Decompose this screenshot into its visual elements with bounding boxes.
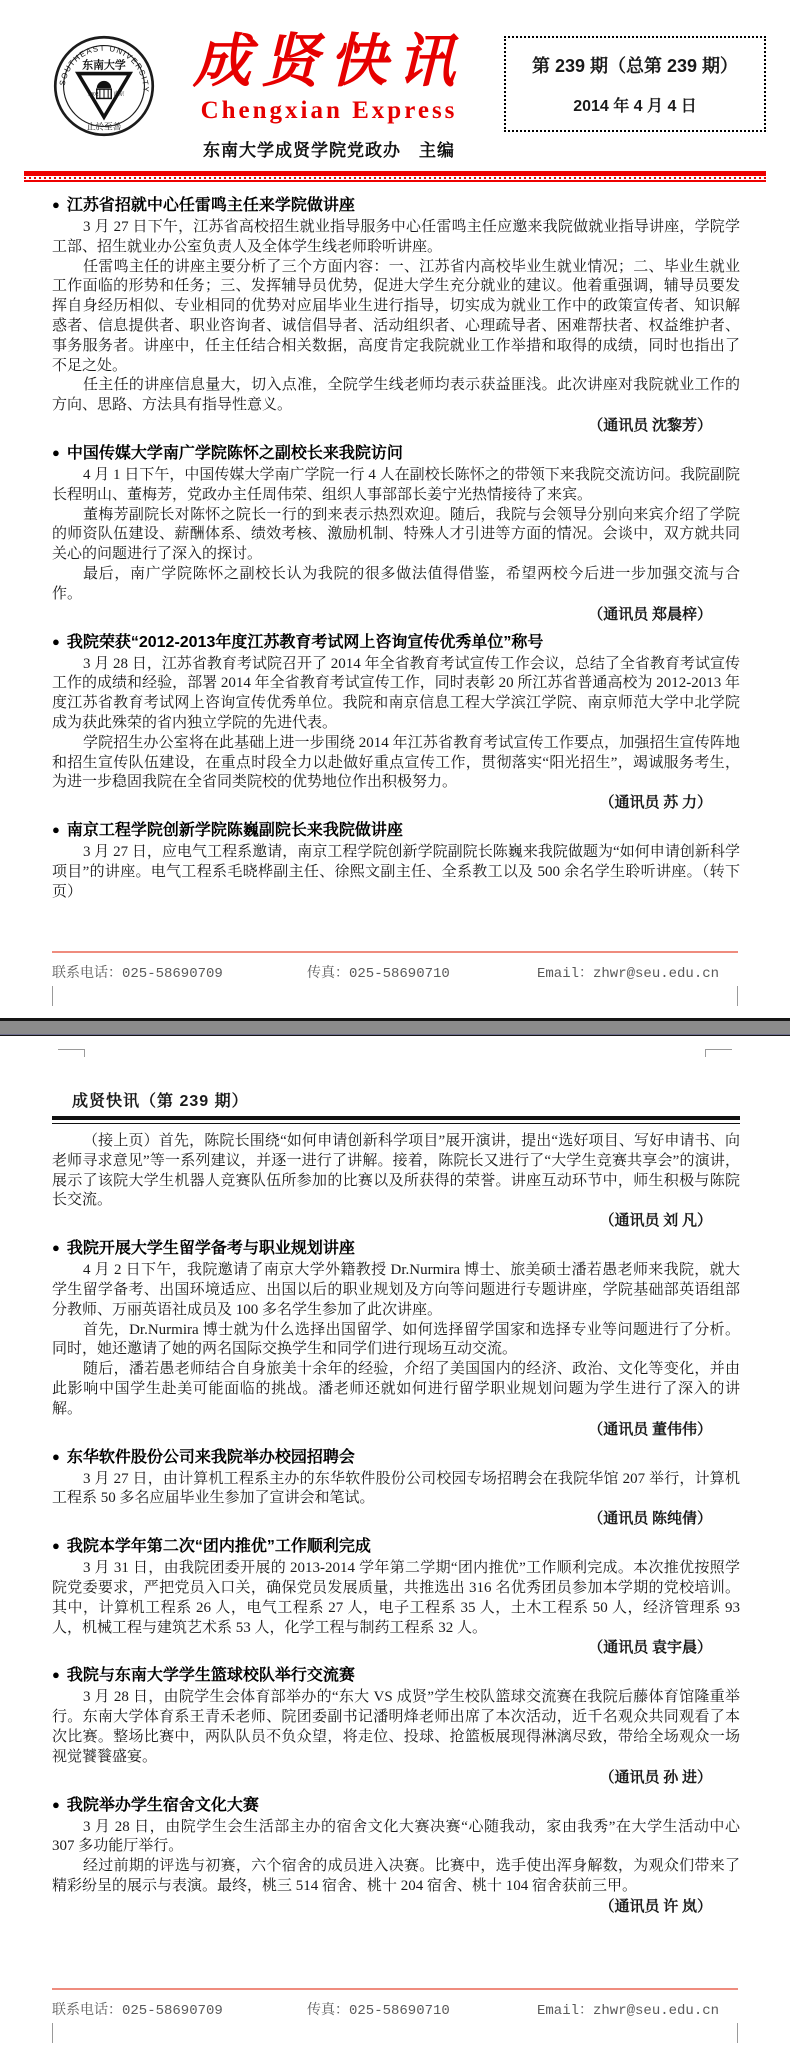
article: ●南京工程学院创新学院陈巍副院长来我院做讲座 3 月 27 日，应电气工程系邀请… [52, 820, 740, 902]
seal-city: 南京 [113, 89, 125, 97]
article: ●中国传媒大学南广学院陈怀之副校长来我院访问 4 月 1 日下午，中国传媒大学南… [52, 443, 740, 625]
newsletter-page-2: 成贤快讯（第 239 期） （接上页）首先，陈院长围绕“如何申请创新科学项目”展… [0, 1035, 790, 2055]
article-paragraph: 任主任的讲座信息量大，切入点准，全院学生线老师均表示获益匪浅。此次讲座对我院就业… [52, 376, 740, 416]
bullet-icon: ● [52, 1667, 60, 1682]
southeast-university-seal-icon: SOUTHEAST UNIVERSITY 东南大学 1902 南京 止於至善 [52, 30, 156, 142]
byline: （通讯员 陈纯倩） [52, 1509, 740, 1529]
margin-mark [737, 2023, 738, 2043]
article-title: ●中国传媒大学南广学院陈怀之副校长来我院访问 [52, 443, 740, 465]
footer-contact-info: 联系电话：025-58690709 传真：025-58690710 Email：… [52, 1990, 738, 2019]
masthead-divider [24, 171, 766, 182]
masthead-divider-dots [24, 177, 766, 179]
margin-mark [52, 986, 53, 1006]
page1-footer: 联系电话：025-58690709 传真：025-58690710 Email：… [52, 951, 738, 982]
article-paragraph: 3 月 31 日，由我院团委开展的 2013-2014 学年第二学期“团内推优”… [52, 1559, 740, 1638]
article: ●我院与东南大学学生篮球校队举行交流赛 3 月 28 日，由院学生会体育部举办的… [52, 1665, 740, 1787]
article-paragraph: 董梅芳副院长对陈怀之院长一行的到来表示热烈欢迎。随后，我院与会领导分别向来宾介绍… [52, 506, 740, 565]
article-paragraph: （接上页）首先，陈院长围绕“如何申请创新科学项目”展开演讲，提出“选好项目、写好… [52, 1132, 740, 1211]
article: ●我院举办学生宿舍文化大赛 3 月 28 日，由院学生会生活部主办的宿舍文化大赛… [52, 1795, 740, 1917]
byline: （通讯员 孙 进） [52, 1768, 740, 1788]
page1-articles: ●江苏省招就中心任雷鸣主任来学院做讲座 3 月 27 日下午，江苏省高校招生就业… [0, 182, 790, 903]
margin-mark [58, 1049, 85, 1057]
article-paragraph: 首先，Dr.Nurmira 博士就为什么选择出国留学、如何选择留学国家和选择专业… [52, 1321, 740, 1361]
article-title: ●江苏省招就中心任雷鸣主任来学院做讲座 [52, 195, 740, 217]
article-title: ●我院与东南大学学生篮球校队举行交流赛 [52, 1665, 740, 1687]
article-title: ●我院举办学生宿舍文化大赛 [52, 1795, 740, 1817]
article-paragraph: 随后，潘若愚老师结合自身旅美十余年的经验，介绍了美国国内的经济、政治、文化等变化… [52, 1360, 740, 1419]
byline: （通讯员 郑晨梓） [52, 605, 740, 625]
article-paragraph: 最后，南广学院陈怀之副校长认为我院的很多做法值得借鉴，希望两校今后进一步加强交流… [52, 565, 740, 605]
bullet-icon: ● [52, 1240, 60, 1255]
article-paragraph: 3 月 27 日，由计算机工程系主办的东华软件股份公司校园专场招聘会在我院华馆 … [52, 1470, 740, 1510]
margin-mark [52, 2023, 53, 2043]
article-paragraph: 3 月 28 日，由院学生会生活部主办的宿舍文化大赛决赛“心随我动，家由我秀”在… [52, 1818, 740, 1858]
article: ●我院荣获“2012-2013年度江苏教育考试网上咨询宣传优秀单位”称号 3 月… [52, 632, 740, 814]
bullet-icon: ● [52, 1449, 60, 1464]
seal-motto: 止於至善 [87, 121, 122, 132]
page2-header-divider [52, 1116, 740, 1124]
byline: （通讯员 沈黎芳） [52, 416, 740, 436]
page2-articles: （接上页）首先，陈院长围绕“如何申请创新科学项目”展开演讲，提出“选好项目、写好… [0, 1124, 790, 1917]
byline: （通讯员 刘 凡） [52, 1211, 740, 1231]
article: ●江苏省招就中心任雷鸣主任来学院做讲座 3 月 27 日下午，江苏省高校招生就业… [52, 195, 740, 436]
masthead-titles: 成贤快讯 Chengxian Express 东南大学成贤学院党政办 主编 [162, 28, 496, 161]
byline: （通讯员 袁宇晨） [52, 1638, 740, 1658]
bullet-icon: ● [52, 634, 60, 649]
issue-info-box: 第 239 期（总第 239 期） 2014 年 4 月 4 日 [504, 36, 766, 132]
article-paragraph: 4 月 2 日下午，我院邀请了南京大学外籍教授 Dr.Nurmira 博士、旅美… [52, 1261, 740, 1320]
bullet-icon: ● [52, 445, 60, 460]
article-title: ●我院本学年第二次“团内推优”工作顺利完成 [52, 1536, 740, 1558]
footer-contact-info: 联系电话：025-58690709 传真：025-58690710 Email：… [52, 953, 738, 982]
article-title: ●我院荣获“2012-2013年度江苏教育考试网上咨询宣传优秀单位”称号 [52, 632, 740, 654]
masthead: SOUTHEAST UNIVERSITY 东南大学 1902 南京 止於至善 成… [0, 0, 790, 161]
article-paragraph: 4 月 1 日下午，中国传媒大学南广学院一行 4 人在副校长陈怀之的带领下来我院… [52, 466, 740, 506]
footer-phone: 联系电话：025-58690709 [52, 1999, 307, 2019]
article-paragraph: 3 月 28 日，江苏省教育考试院召开了 2014 年全省教育考试宣传工作会议，… [52, 655, 740, 734]
seal-university-name: 东南大学 [82, 57, 126, 71]
article-paragraph: 3 月 27 日下午，江苏省高校招生就业指导服务中心任雷鸣主任应邀来我院做就业指… [52, 218, 740, 258]
editor-line: 东南大学成贤学院党政办 主编 [162, 136, 496, 161]
bullet-icon: ● [52, 1797, 60, 1812]
bullet-icon: ● [52, 197, 60, 212]
article-paragraph: 学院招生办公室将在此基础上进一步围绕 2014 年江苏省教育考试宣传工作要点，加… [52, 734, 740, 793]
footer-fax: 传真：025-58690710 [307, 1999, 537, 2019]
footer-phone: 联系电话：025-58690709 [52, 962, 307, 982]
page2-footer: 联系电话：025-58690709 传真：025-58690710 Email：… [52, 1988, 738, 2019]
article-continuation: （接上页）首先，陈院长围绕“如何申请创新科学项目”展开演讲，提出“选好项目、写好… [52, 1132, 740, 1231]
article-title: ●南京工程学院创新学院陈巍副院长来我院做讲座 [52, 820, 740, 842]
footer-email: Email：zhwr@seu.edu.cn [537, 962, 719, 982]
article-paragraph: 3 月 28 日，由院学生会体育部举办的“东大 VS 成贤”学生校队篮球交流赛在… [52, 1688, 740, 1767]
footer-fax: 传真：025-58690710 [307, 962, 537, 982]
newsletter-page-1: SOUTHEAST UNIVERSITY 东南大学 1902 南京 止於至善 成… [0, 0, 790, 1021]
article: ●我院本学年第二次“团内推优”工作顺利完成 3 月 31 日，由我院团委开展的 … [52, 1536, 740, 1658]
page2-header: 成贤快讯（第 239 期） [0, 1036, 790, 1124]
margin-mark [737, 986, 738, 1006]
article: ●东华软件股份公司来我院举办校园招聘会 3 月 27 日，由计算机工程系主办的东… [52, 1447, 740, 1530]
issue-date: 2014 年 4 月 4 日 [506, 93, 764, 116]
bullet-icon: ● [52, 1538, 60, 1553]
bullet-icon: ● [52, 822, 60, 837]
newsletter-title-english: Chengxian Express [162, 96, 496, 126]
seal-year: 1902 [87, 91, 98, 97]
article-title: ●我院开展大学生留学备考与职业规划讲座 [52, 1238, 740, 1260]
article-paragraph: 任雷鸣主任的讲座主要分析了三个方面内容：一、江苏省内高校毕业生就业情况；二、毕业… [52, 258, 740, 377]
footer-email: Email：zhwr@seu.edu.cn [537, 1999, 719, 2019]
newsletter-title-chinese: 成贤快讯 [162, 28, 496, 94]
running-head: 成贤快讯（第 239 期） [72, 1088, 740, 1111]
article-paragraph: 经过前期的评选与初赛，六个宿舍的成员进入决赛。比赛中，选手使出浑身解数，为观众们… [52, 1857, 740, 1897]
article: ●我院开展大学生留学备考与职业规划讲座 4 月 2 日下午，我院邀请了南京大学外… [52, 1238, 740, 1439]
byline: （通讯员 许 岚） [52, 1897, 740, 1917]
university-seal-logo: SOUTHEAST UNIVERSITY 东南大学 1902 南京 止於至善 [52, 28, 162, 147]
byline: （通讯员 董伟伟） [52, 1420, 740, 1440]
article-paragraph: 3 月 27 日，应电气工程系邀请，南京工程学院创新学院副院长陈巍来我院做题为“… [52, 843, 740, 902]
article-title: ●东华软件股份公司来我院举办校园招聘会 [52, 1447, 740, 1469]
page-separator [0, 1021, 790, 1035]
byline: （通讯员 苏 力） [52, 793, 740, 813]
issue-number: 第 239 期（总第 239 期） [506, 52, 764, 78]
margin-mark [705, 1049, 732, 1057]
